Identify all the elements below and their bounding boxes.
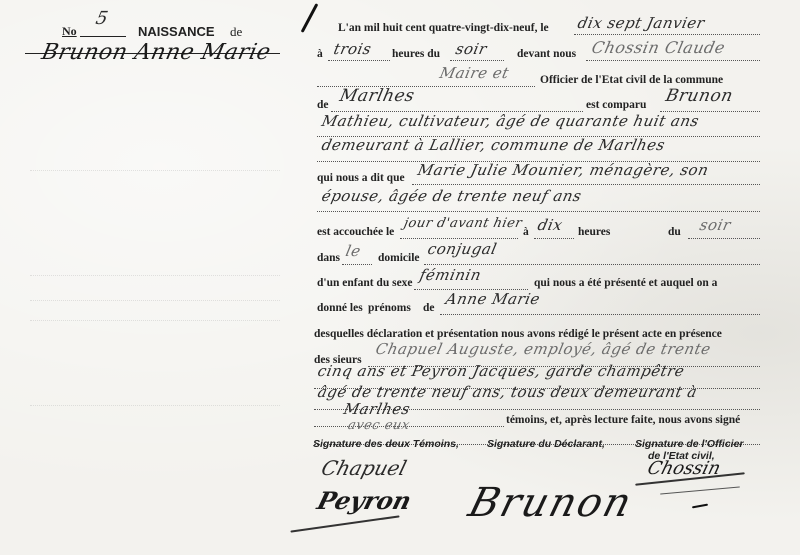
printed-text: de [317, 99, 329, 111]
printed-text: de [423, 302, 435, 314]
signature-dash [692, 504, 708, 509]
bleed-through-line [30, 320, 280, 322]
officer-signature-label: Signature de l'Officier [635, 438, 744, 450]
printed-text: heures du [392, 48, 440, 60]
printed-text: est accouchée le [317, 226, 394, 238]
handwritten-mother-details: épouse, âgée de trente neuf ans [320, 187, 583, 205]
handwritten-hour: trois [332, 40, 373, 58]
printed-text: L'an mil huit cent quatre-vingt-dix-neuf… [338, 22, 549, 34]
handwritten-witness-details: âgé de trente neuf ans, tous deux demeur… [316, 383, 699, 401]
document-page: No 5 NAISSANCE de Brunon Anne Marie L'an… [0, 0, 800, 555]
bleed-through-line [30, 275, 280, 277]
printed-text: du [668, 226, 681, 238]
handwritten-closing: avec eux [346, 418, 411, 433]
record-title: NAISSANCE [138, 24, 215, 39]
handwritten-period: soir [454, 40, 489, 58]
printed-text: Officier de l'Etat civil de la commune [540, 74, 723, 86]
printed-text: à [523, 226, 529, 238]
declarant-signature-label: Signature du Déclarant, [487, 438, 605, 450]
handwritten-declarant-details: Mathieu, cultivateur, âgé de quarante hu… [320, 112, 701, 130]
printed-text: à [317, 48, 323, 60]
printed-text: qui nous a dit que [317, 172, 405, 184]
handwritten-sex: féminin [418, 266, 483, 284]
pen-stroke [301, 3, 319, 33]
bleed-through-line [30, 170, 280, 172]
number-label: No [62, 24, 77, 39]
subject-name: Brunon Anne Marie [39, 40, 273, 65]
printed-text: d'un enfant du sexe [317, 277, 413, 289]
handwritten-birth-day: jour d'avant hier [402, 216, 523, 231]
printed-text: dans [317, 252, 340, 264]
printed-text: domicile [378, 252, 420, 264]
handwritten-given-names: Anne Marie [444, 290, 542, 308]
printed-text: devant nous [517, 48, 576, 60]
printed-text: qui nous a été présenté et auquel on a [534, 277, 717, 289]
record-title-suffix: de [230, 24, 242, 40]
handwritten-commune: Marlhes [338, 86, 417, 106]
bleed-through-line [30, 405, 280, 407]
handwritten-mother: Marie Julie Mounier, ménagère, son [416, 161, 710, 179]
handwritten-date: dix sept Janvier [576, 14, 706, 32]
signature-flourish [290, 515, 399, 532]
handwritten-declarant: Brunon [664, 86, 735, 106]
printed-text: témoins, et, après lecture faite, nous a… [506, 414, 740, 426]
witness-1-signature: Chapuel [319, 456, 409, 480]
handwritten-witness-1: Chapuel Auguste, employé, âgé de trente [374, 340, 713, 358]
handwritten-birth-period: soir [698, 216, 733, 234]
handwritten-residence-witnesses: Marlhes [342, 400, 412, 418]
handwritten-birth-hour: dix [536, 216, 564, 234]
handwritten-domicile: conjugal [426, 240, 499, 258]
printed-text: desquelles déclaration et présentation n… [314, 328, 722, 340]
handwritten-officer: Chossin Claude [590, 38, 727, 57]
witness-2-signature: Peyron [314, 486, 414, 515]
signature-flourish [660, 487, 740, 495]
handwritten-residence: demeurant à Lallier, commune de Marlhes [320, 136, 667, 154]
printed-text: donné les [317, 302, 363, 314]
bleed-through-line [30, 300, 280, 302]
printed-text: prénoms [368, 302, 411, 314]
printed-text: est comparu [586, 99, 646, 111]
handwritten-title: Maire et [438, 64, 511, 82]
handwritten-witness-2: cinq ans et Peyron Jacques, garde champê… [316, 362, 686, 380]
printed-text: heures [578, 226, 610, 238]
witnesses-signature-label: Signature des deux Témoins, [313, 438, 459, 450]
declarant-signature: Brunon [464, 480, 638, 526]
